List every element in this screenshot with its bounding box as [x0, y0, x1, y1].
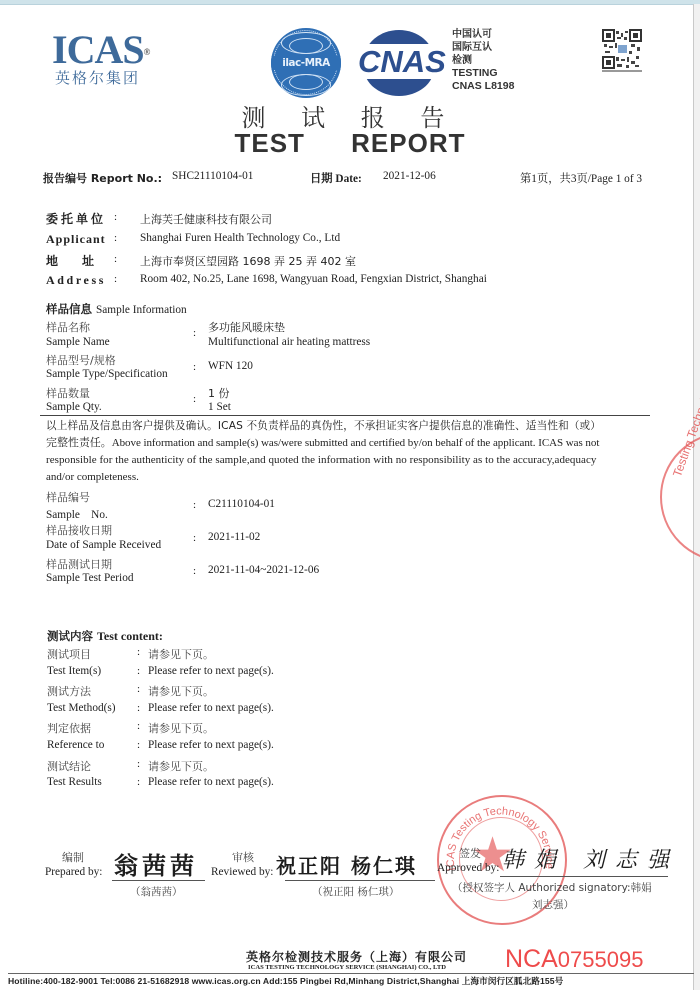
date-label: 日期 Date: — [310, 170, 362, 186]
prepared-signature: 翁茜茜 — [114, 846, 198, 881]
colon: : — [193, 393, 196, 405]
applicant-cn: 上海芙壬健康科技有限公司 — [140, 211, 272, 227]
address-en: Room 402, No.25, Lane 1698, Wangyuan Roa… — [140, 273, 487, 285]
received-date: 2021-11-02 — [208, 531, 260, 543]
test-content-value: 请参见下页。 — [148, 683, 214, 699]
sample-qty-en: 1 Set — [208, 401, 231, 413]
test-content-value: 请参见下页。 — [148, 720, 214, 736]
colon: : — [137, 776, 140, 788]
colon: : — [137, 758, 140, 770]
test-period: 2021-11-04~2021-12-06 — [208, 564, 319, 576]
sample-type-cn-label: 样品型号/规格 — [46, 352, 116, 368]
qr-code-icon[interactable] — [600, 28, 644, 76]
reviewed-signature: 祝正阳 杨仁琪 — [276, 850, 417, 879]
test-content-label: Reference to — [47, 739, 104, 751]
test-content-value: Please refer to next page(s). — [148, 665, 274, 677]
test-content-value: Please refer to next page(s). — [148, 702, 274, 714]
scan-top-edge — [0, 0, 700, 5]
applicant-en-label: Applicant — [46, 232, 106, 247]
sample-qty-cn: 1 份 — [208, 385, 230, 401]
footer-contact: Hotiline:400-182-9001 Tel:0086 21-516829… — [8, 975, 563, 987]
sample-type-en-label: Sample Type/Specification — [46, 368, 168, 380]
approved-cn-label: 签发 — [459, 845, 481, 861]
test-content-value: Please refer to next page(s). — [148, 739, 274, 751]
prepared-name: （翁茜茜） — [130, 884, 183, 899]
address-en-label: Address — [46, 273, 106, 288]
approved-name-line2: 刘志强） — [532, 897, 574, 912]
address-cn: 上海市奉贤区望园路 1698 弄 25 弄 402 室 — [140, 253, 356, 269]
colon: : — [114, 211, 117, 223]
disclaimer: 以上样品及信息由客户提供及确认。ICAS 不负责样品的真伪性，不承担证实客户提供… — [46, 418, 652, 486]
address-cn-label: 地 址 — [46, 252, 94, 269]
sample-qty-cn-label: 样品数量 — [46, 385, 90, 401]
approved-name-line1: （授权签字人 Authorized signatory:韩娟 — [452, 880, 652, 895]
title-english: TEST REPORT — [0, 128, 700, 159]
test-content-value: Please refer to next page(s). — [148, 776, 274, 788]
signature-line — [500, 876, 668, 877]
sample-name-cn-label: 样品名称 — [46, 319, 90, 335]
sample-name-en-label: Sample Name — [46, 336, 110, 348]
colon: : — [137, 702, 140, 714]
reviewed-cn-label: 审核 — [232, 849, 254, 865]
test-content-label: 判定依据 — [47, 720, 91, 736]
icas-group-name: 英格尔集团 — [55, 67, 140, 88]
ilac-mra-logo: ilac-MRA — [271, 28, 341, 98]
test-content-value: 请参见下页。 — [148, 646, 214, 662]
cnas-logo: CNAS — [356, 30, 442, 96]
test-period-en-label: Sample Test Period — [46, 572, 134, 584]
colon: : — [137, 720, 140, 732]
report-date: 2021-12-06 — [383, 170, 436, 182]
serial-number: NCA0755095 — [505, 945, 643, 974]
colon: : — [193, 327, 196, 339]
colon: : — [193, 565, 196, 577]
sample-qty-en-label: Sample Qty. — [46, 401, 102, 413]
colon: : — [193, 361, 196, 373]
applicant-en: Shanghai Furen Health Technology Co., Lt… — [140, 232, 340, 244]
accreditation-text: 中国认可 国际互认 检测 TESTING CNAS L8198 — [452, 28, 514, 93]
reviewed-en-label: Reviewed by: — [211, 866, 273, 878]
report-number: SHC21110104-01 — [172, 170, 253, 182]
approved-signature: 韩娟 刘志强 — [502, 843, 679, 874]
colon: : — [137, 665, 140, 677]
prepared-cn-label: 编制 — [62, 849, 84, 865]
test-content-label: Test Results — [47, 776, 102, 788]
colon: : — [137, 646, 140, 658]
approved-en-label: Approved by: — [437, 862, 499, 874]
reviewed-name: （祝正阳 杨仁琪） — [312, 884, 399, 899]
divider — [40, 415, 650, 416]
sample-info-heading: 样品信息 Sample Information — [46, 300, 187, 318]
test-content-label: 测试结论 — [47, 758, 91, 774]
company-stamp-partial: Testing Technolo — [660, 432, 700, 562]
icas-logo: ICAS® — [52, 30, 149, 70]
colon: : — [137, 683, 140, 695]
signature-line — [112, 880, 205, 881]
colon: : — [137, 739, 140, 751]
applicant-cn-label: 委托单位 — [46, 210, 106, 227]
sample-no: C21110104-01 — [208, 498, 275, 510]
signature-line — [285, 880, 435, 881]
colon: : — [193, 499, 196, 511]
test-content-label: Test Method(s) — [47, 702, 116, 714]
test-content-label: 测试方法 — [47, 683, 91, 699]
sample-no-cn-label: 样品编号 — [46, 489, 90, 505]
report-number-label: 报告编号 Report No.: — [43, 170, 162, 186]
received-date-cn-label: 样品接收日期 — [46, 522, 112, 538]
test-content-label: Test Item(s) — [47, 665, 101, 677]
page-indicator: 第1页，共3页/Page 1 of 3 — [520, 170, 642, 186]
test-content-heading: 测试内容 Test content: — [47, 627, 163, 645]
sample-type-value: WFN 120 — [208, 360, 253, 372]
prepared-en-label: Prepared by: — [45, 866, 102, 878]
test-period-cn-label: 样品测试日期 — [46, 556, 112, 572]
colon: : — [114, 232, 117, 244]
footer-company-cn: 英格尔检测技术服务（上海）有限公司 — [246, 948, 467, 965]
test-content-label: 测试项目 — [47, 646, 91, 662]
footer-divider — [8, 973, 694, 974]
test-content-value: 请参见下页。 — [148, 758, 214, 774]
colon: : — [193, 532, 196, 544]
received-date-en-label: Date of Sample Received — [46, 539, 161, 551]
footer-company-en: ICAS TESTING TECHNOLOGY SERVICE (SHANGHA… — [248, 964, 446, 971]
colon: : — [114, 253, 117, 265]
sample-name-cn: 多功能风暖床垫 — [208, 319, 285, 335]
colon: : — [114, 273, 117, 285]
sample-no-en-label: Sample No. — [46, 506, 108, 522]
sample-name-en: Multifunctional air heating mattress — [208, 336, 370, 348]
